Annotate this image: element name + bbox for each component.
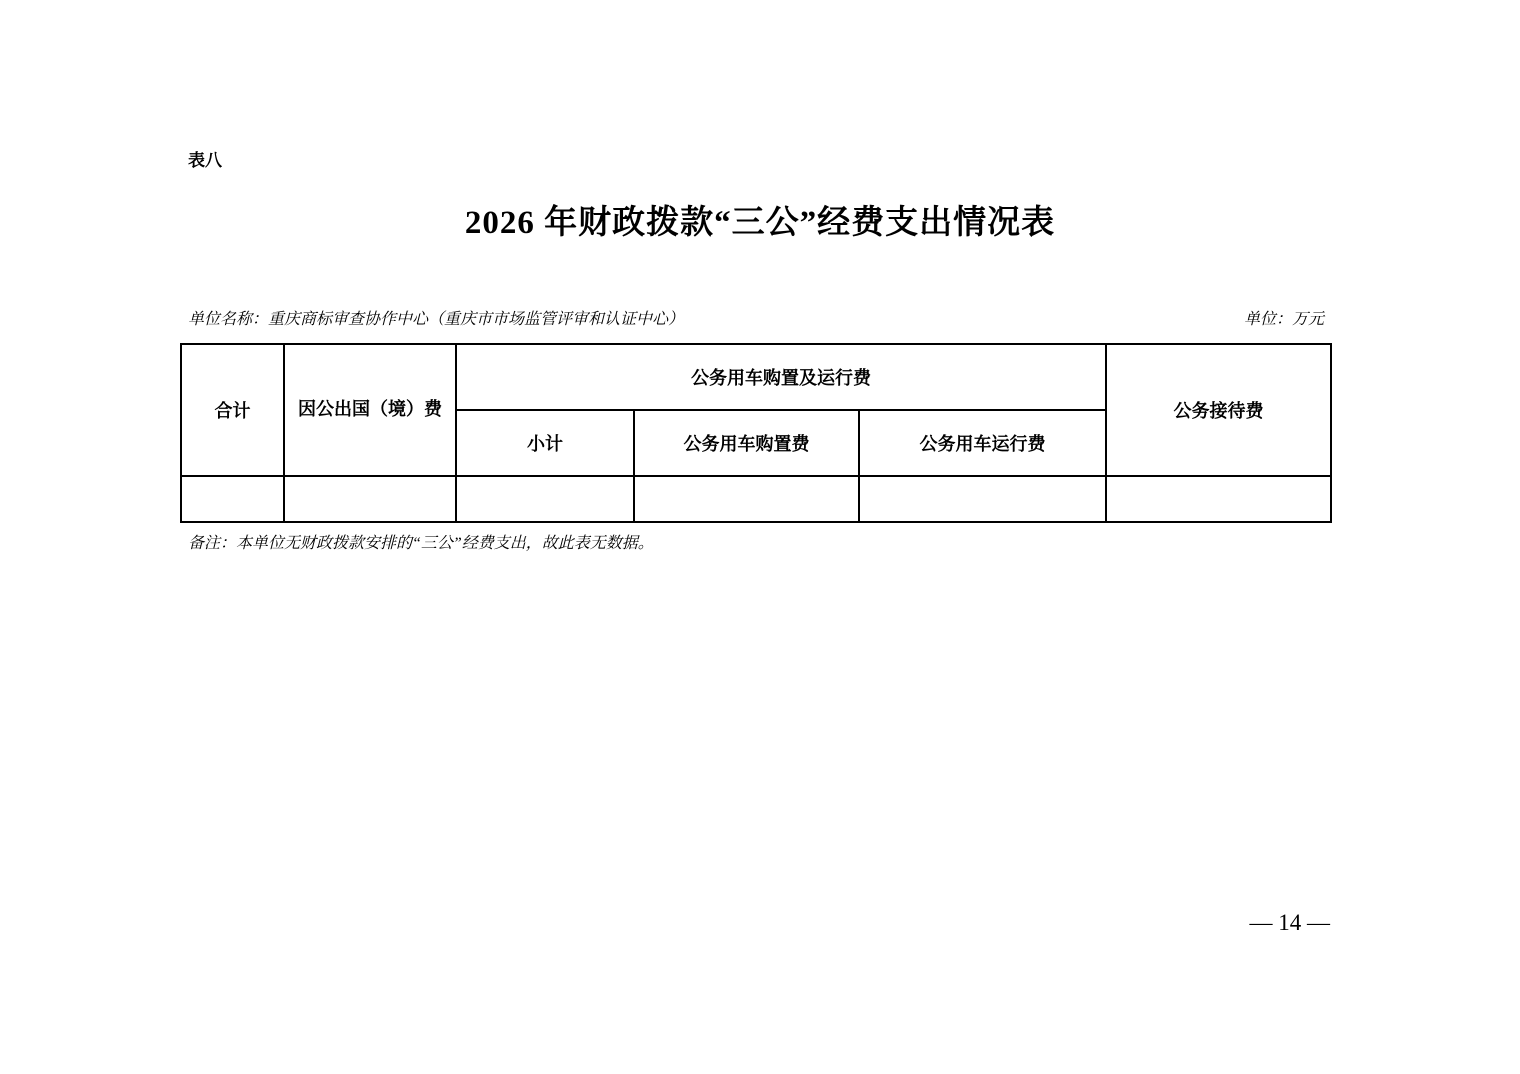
page-title: 2026 年财政拨款“三公”经费支出情况表 — [0, 196, 1520, 243]
col-header-vehicle-operation: 公务用车运行费 — [859, 410, 1106, 476]
three-public-expense-table: 合计 因公出国（境）费 公务用车购置及运行费 公务接待费 小计 公务用车购置费 … — [180, 343, 1332, 523]
cell-vehicle-operation — [859, 476, 1106, 522]
table-meta-row: 单位名称：重庆商标审查协作中心（重庆市市场监管评审和认证中心） 单位：万元 — [180, 306, 1330, 329]
unit-name-label: 单位名称：重庆商标审查协作中心（重庆市市场监管评审和认证中心） — [180, 306, 684, 329]
cell-reception — [1106, 476, 1331, 522]
table-row — [181, 476, 1331, 522]
cell-vehicle-purchase — [634, 476, 859, 522]
col-header-reception: 公务接待费 — [1106, 344, 1331, 476]
col-header-total: 合计 — [181, 344, 284, 476]
table-footnote: 备注：本单位无财政拨款安排的“三公”经费支出，故此表无数据。 — [188, 530, 654, 553]
document-page: 表八 2026 年财政拨款“三公”经费支出情况表 单位名称：重庆商标审查协作中心… — [0, 0, 1520, 1074]
cell-total — [181, 476, 284, 522]
col-header-abroad-expense: 因公出国（境）费 — [284, 344, 456, 476]
header-row-1: 合计 因公出国（境）费 公务用车购置及运行费 公务接待费 — [181, 344, 1331, 410]
col-header-vehicle-purchase: 公务用车购置费 — [634, 410, 859, 476]
table-number-label: 表八 — [188, 146, 222, 171]
cell-vehicle-subtotal — [456, 476, 634, 522]
cell-abroad-expense — [284, 476, 456, 522]
page-number: — 14 — — [1250, 910, 1331, 936]
col-header-vehicle-subtotal: 小计 — [456, 410, 634, 476]
col-header-vehicle-group: 公务用车购置及运行费 — [456, 344, 1106, 410]
unit-measure-label: 单位：万元 — [1244, 306, 1330, 329]
